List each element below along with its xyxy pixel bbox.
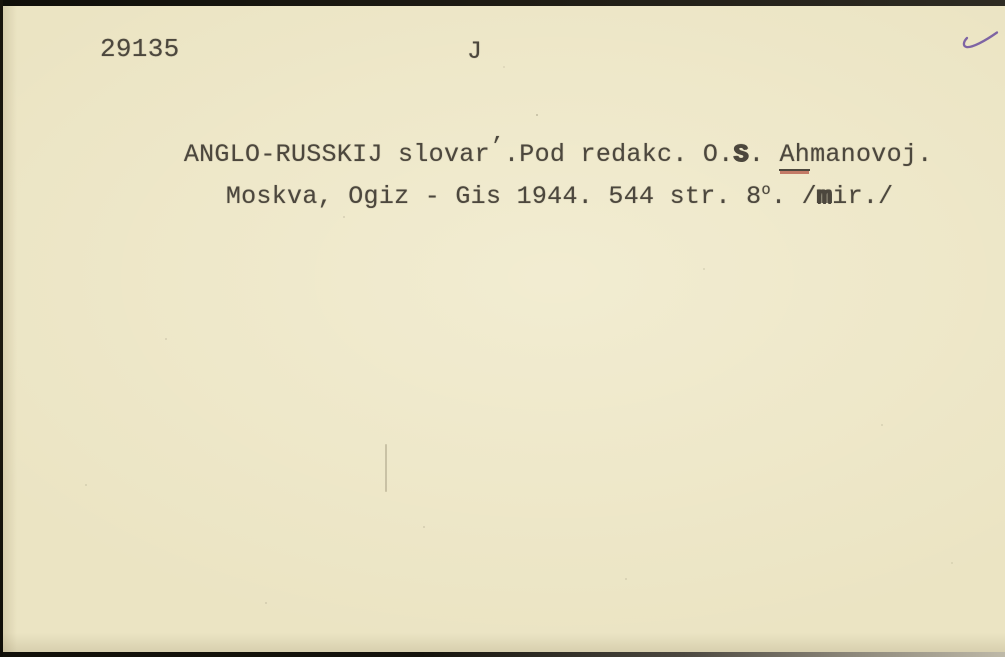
imprint-text-3: ir./	[832, 182, 893, 211]
scanned-catalog-card-page: 29135 J ANGLO-RUSSKIJ slovar’.Pod redakc…	[0, 0, 1005, 657]
scan-edge-bottom	[0, 652, 1005, 657]
scan-edge-top	[0, 0, 1005, 6]
catalog-number: 29135	[100, 34, 180, 64]
octavo-superscript: o	[761, 181, 771, 199]
heading-letter: J	[467, 37, 482, 66]
scan-edge-left	[0, 0, 3, 657]
imprint-line: Moskva, Ogiz - Gis 1944. 544 str. 8o. /m…	[134, 152, 893, 240]
imprint-text-2: . /	[771, 182, 817, 211]
catalog-card-paper: 29135 J ANGLO-RUSSKIJ slovar’.Pod redakc…	[3, 6, 1005, 653]
pen-check-mark	[959, 30, 1001, 54]
overstruck-letter-m: m	[817, 182, 832, 211]
imprint-text-1: Moskva, Ogiz - Gis 1944. 544 str. 8	[226, 182, 762, 211]
faint-pencil-crease	[385, 444, 387, 492]
